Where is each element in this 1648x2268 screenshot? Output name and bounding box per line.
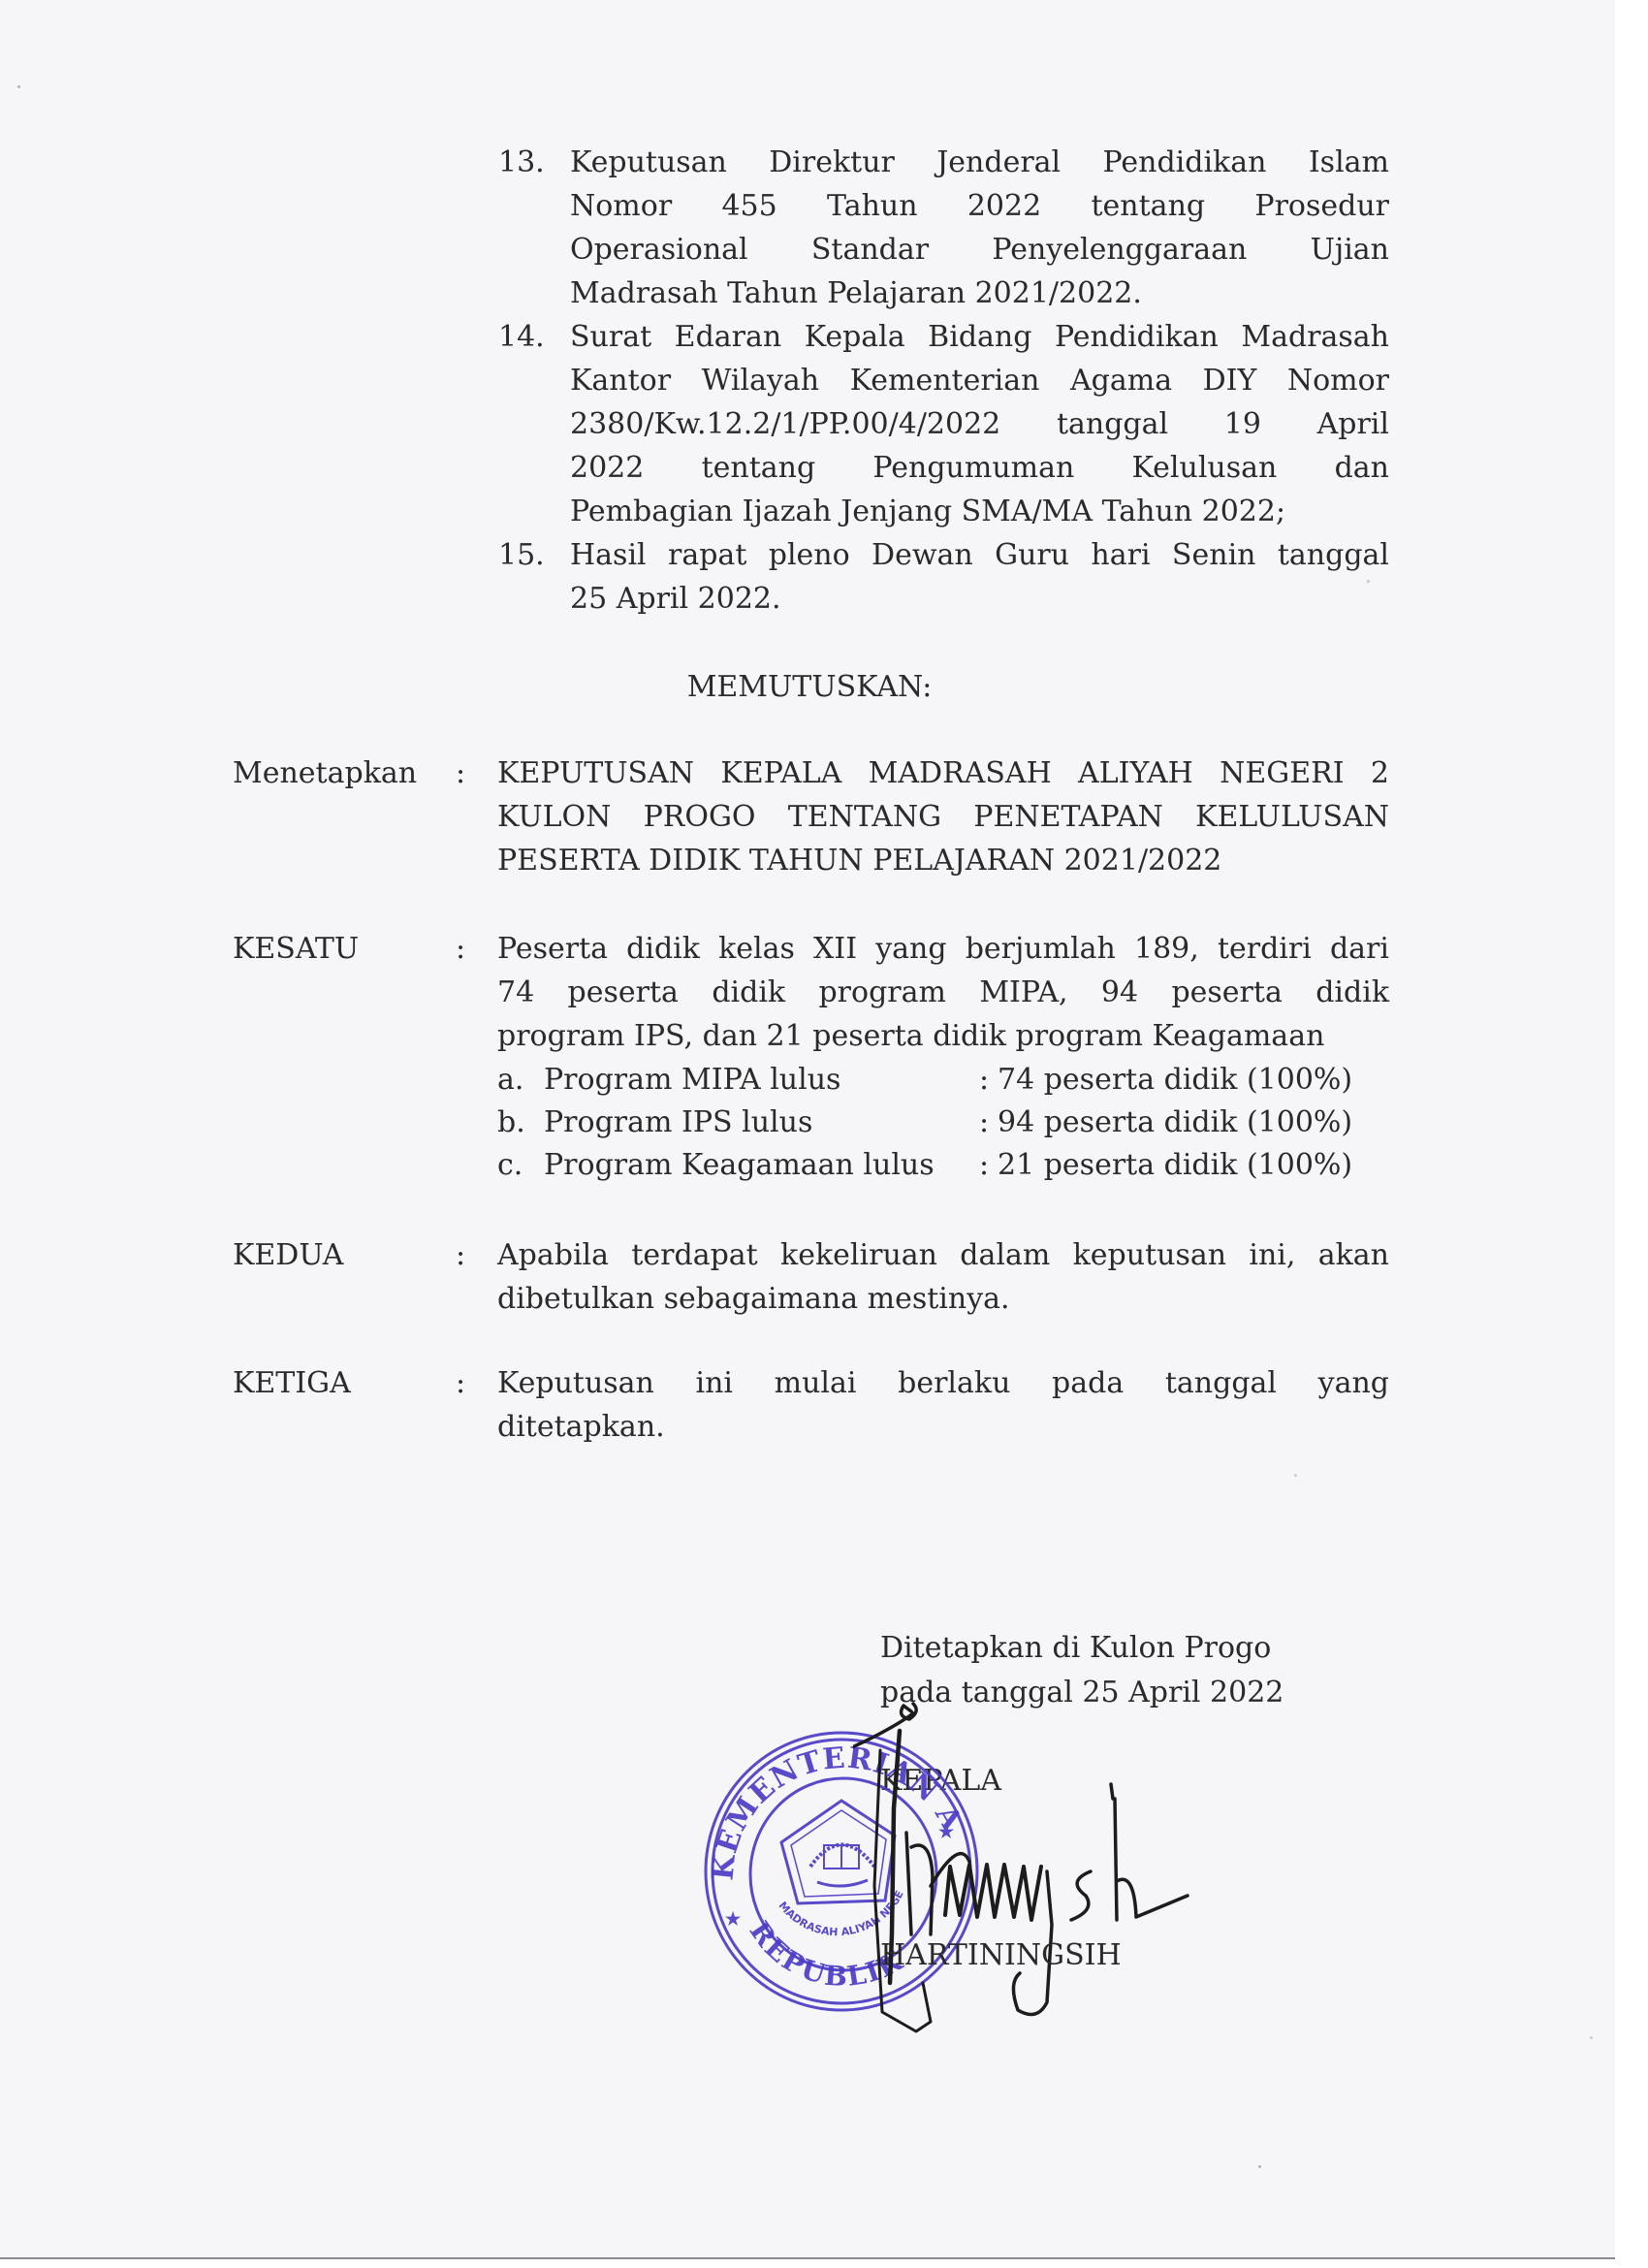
text-line: ditetapkan. (497, 1405, 1389, 1449)
article-label-menetapkan: Menetapkan (233, 751, 417, 795)
article-colon: : (456, 1233, 465, 1277)
scan-speck (17, 85, 20, 88)
result-letter: b. (497, 1102, 525, 1144)
document-page: 13. Keputusan Direktur Jenderal Pendidik… (0, 0, 1615, 2259)
text-line: Madrasah Tahun Pelajaran 2021/2022. (570, 272, 1389, 315)
text-line: dibetulkan sebagaimana mestinya. (497, 1277, 1389, 1321)
text-line: program IPS, dan 21 peserta didik progra… (497, 1014, 1389, 1058)
text-line: Hasil rapat pleno Dewan Guru hari Senin … (570, 533, 1389, 577)
text-line: KULON PROGO TENTANG PENETAPAN KELULUSAN (497, 795, 1389, 839)
article-value-menetapkan: KEPUTUSAN KEPALA MADRASAH ALIYAH NEGERI … (497, 751, 1389, 882)
result-letter: a. (497, 1059, 523, 1102)
text-line: Kantor Wilayah Kementerian Agama DIY Nom… (570, 359, 1389, 402)
text-line: Apabila terdapat kekeliruan dalam keputu… (497, 1233, 1389, 1277)
article-colon: : (456, 751, 465, 795)
article-value-kedua: Apabila terdapat kekeliruan dalam keputu… (497, 1233, 1389, 1321)
article-value-ketiga: Keputusan ini mulai berlaku pada tanggal… (497, 1361, 1389, 1449)
svg-text:★: ★ (725, 1909, 742, 1930)
signature-place: Ditetapkan di Kulon Progo (880, 1626, 1271, 1671)
result-value: 74 peserta didik (100%) (998, 1059, 1352, 1102)
article-label-ketiga: KETIGA (233, 1361, 351, 1405)
signatory-name: HARTININGSIH (880, 1933, 1122, 1978)
result-program: Program MIPA lulus (544, 1059, 840, 1102)
consideration-14: Surat Edaran Kepala Bidang Pendidikan Ma… (570, 315, 1389, 533)
article-colon: : (456, 927, 465, 971)
text-line: Operasional Standar Penyelenggaraan Ujia… (570, 228, 1389, 272)
result-letter: c. (497, 1144, 523, 1187)
text-line: Keputusan Direktur Jenderal Pendidikan I… (570, 141, 1389, 184)
consideration-number: 13. (498, 141, 566, 184)
text-line: 2022 tentang Pengumuman Kelulusan dan (570, 446, 1389, 490)
text-line: Surat Edaran Kepala Bidang Pendidikan Ma… (570, 315, 1389, 359)
result-value: 21 peserta didik (100%) (998, 1144, 1352, 1187)
text-line: Keputusan ini mulai berlaku pada tanggal… (497, 1361, 1389, 1405)
text-line: 2380/Kw.12.2/1/PP.00/4/2022 tanggal 19 A… (570, 402, 1389, 446)
graduation-results-list: a. Program MIPA lulus : 74 peserta didik… (497, 1059, 1389, 1187)
consideration-15: Hasil rapat pleno Dewan Guru hari Senin … (570, 533, 1389, 621)
text-line: KEPUTUSAN KEPALA MADRASAH ALIYAH NEGERI … (497, 751, 1389, 795)
result-colon: : (979, 1102, 989, 1144)
result-row-mipa: a. Program MIPA lulus : 74 peserta didik… (497, 1059, 1389, 1102)
text-line: 25 April 2022. (570, 577, 1389, 621)
result-colon: : (979, 1144, 989, 1187)
scan-speck (1294, 1474, 1297, 1477)
consideration-13: Keputusan Direktur Jenderal Pendidikan I… (570, 141, 1389, 315)
article-label-kesatu: KESATU (233, 927, 359, 971)
consideration-number: 15. (498, 533, 566, 577)
decision-heading: MEMUTUSKAN: (0, 665, 1619, 709)
scan-speck (1258, 2165, 1261, 2168)
result-row-keagamaan: c. Program Keagamaan lulus : 21 peserta … (497, 1144, 1389, 1187)
article-colon: : (456, 1361, 465, 1405)
text-line: 74 peserta didik program MIPA, 94 pesert… (497, 971, 1389, 1014)
text-line: Peserta didik kelas XII yang berjumlah 1… (497, 927, 1389, 971)
consideration-number: 14. (498, 315, 566, 359)
scan-speck (1367, 580, 1370, 583)
result-value: 94 peserta didik (100%) (998, 1102, 1352, 1144)
handwritten-signature-icon (853, 1692, 1280, 2041)
result-row-ips: b. Program IPS lulus : 94 peserta didik … (497, 1102, 1389, 1144)
result-program: Program Keagamaan lulus (544, 1144, 935, 1187)
text-line: Nomor 455 Tahun 2022 tentang Prosedur (570, 184, 1389, 228)
scan-speck (1590, 2036, 1593, 2039)
text-line: PESERTA DIDIK TAHUN PELAJARAN 2021/2022 (497, 839, 1389, 882)
article-value-kesatu: Peserta didik kelas XII yang berjumlah 1… (497, 927, 1389, 1058)
result-program: Program IPS lulus (544, 1102, 812, 1144)
article-label-kedua: KEDUA (233, 1233, 343, 1277)
text-line: Pembagian Ijazah Jenjang SMA/MA Tahun 20… (570, 490, 1389, 533)
result-colon: : (979, 1059, 989, 1102)
